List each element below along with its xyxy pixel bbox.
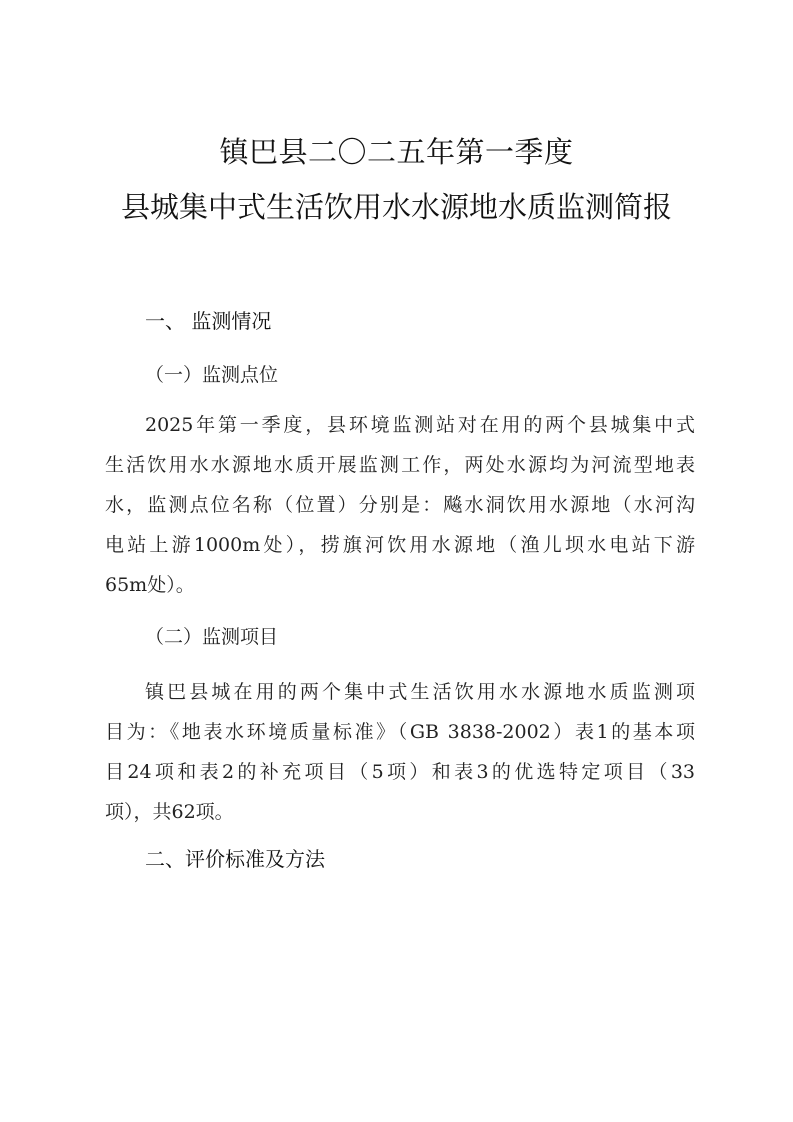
section-1-heading: 一、 监测情况 xyxy=(145,305,271,334)
subsection-monitoring-items-heading: （二）监测项目 xyxy=(145,622,278,649)
paragraph-line: 电站上游1000m处），捞旗河饮用水源地（渔儿坝水电站下游 xyxy=(105,525,695,565)
document-title-line-1: 镇巴县二〇二五年第一季度 xyxy=(0,130,793,171)
paragraph-line: 水，监测点位名称（位置）分别是：飚水洞饮用水源地（水河沟 xyxy=(105,485,695,525)
paragraph-line: 2025年第一季度，县环境监测站对在用的两个县城集中式 xyxy=(105,405,695,445)
paragraph-line: 项），共62项。 xyxy=(105,792,695,832)
document-title-line-2: 县城集中式生活饮用水水源地水质监测简报 xyxy=(0,185,793,226)
subsection-monitoring-points-heading: （一）监测点位 xyxy=(145,360,278,387)
paragraph-line: 65m处）。 xyxy=(105,565,695,605)
paragraph-line: 生活饮用水水源地水质开展监测工作，两处水源均为河流型地表 xyxy=(105,445,695,485)
section-2-heading: 二、评价标准及方法 xyxy=(145,843,325,872)
document-page: 镇巴县二〇二五年第一季度 县城集中式生活饮用水水源地水质监测简报 一、 监测情况… xyxy=(0,0,793,1122)
monitoring-points-paragraph: 2025年第一季度，县环境监测站对在用的两个县城集中式 生活饮用水水源地水质开展… xyxy=(105,405,695,605)
paragraph-line: 目为：《地表水环境质量标准》（GB 3838-2002）表1的基本项 xyxy=(105,712,695,752)
paragraph-line: 目24项和表2的补充项目（5项）和表3的优选特定项目（33 xyxy=(105,752,695,792)
paragraph-line: 镇巴县城在用的两个集中式生活饮用水水源地水质监测项 xyxy=(105,672,695,712)
monitoring-items-paragraph: 镇巴县城在用的两个集中式生活饮用水水源地水质监测项 目为：《地表水环境质量标准》… xyxy=(105,672,695,832)
